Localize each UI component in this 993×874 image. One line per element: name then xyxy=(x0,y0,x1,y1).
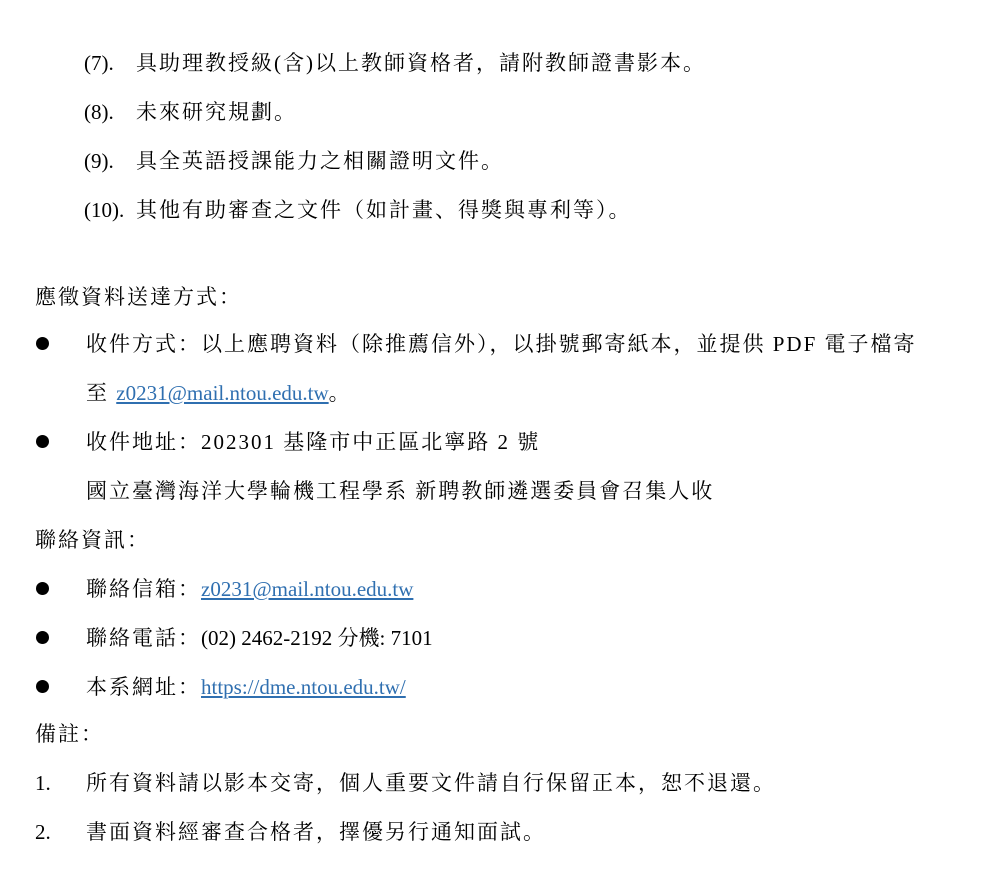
notes-heading: 備註： xyxy=(35,721,104,747)
note-text: 書面資料經審查合格者，擇優另行通知面試。 xyxy=(86,820,546,844)
requirement-item-10: (10).其他有助審查之文件（如計畫、得獎與專利等）。 xyxy=(84,197,632,223)
bullet-icon xyxy=(36,337,49,350)
item-text: 具助理教授級(含)以上教師資格者，請附教師證書影本。 xyxy=(136,51,706,75)
item-text: 未來研究規劃。 xyxy=(136,100,297,124)
item-number: (9). xyxy=(84,148,136,174)
contact-heading: 聯絡資訊： xyxy=(35,527,150,553)
requirement-item-9: (9).具全英語授課能力之相關證明文件。 xyxy=(84,148,504,174)
bullet-icon xyxy=(36,680,49,693)
contact-phone-label: 聯絡電話： xyxy=(86,626,201,650)
bullet-icon xyxy=(36,582,49,595)
note-item-1: 1.所有資料請以影本交寄，個人重要文件請自行保留正本，恕不退還。 xyxy=(35,770,776,796)
contact-website-label: 本系網址： xyxy=(86,675,201,699)
submission-address-line1: 收件地址：202301 基隆市中正區北寧路 2 號 xyxy=(86,429,540,455)
method-prefix: 至 xyxy=(86,381,116,405)
contact-website: 本系網址：https://dme.ntou.edu.tw/ xyxy=(86,674,406,700)
contact-email-link[interactable]: z0231@mail.ntou.edu.tw xyxy=(201,577,413,601)
submission-method-line2: 至 z0231@mail.ntou.edu.tw。 xyxy=(86,380,352,406)
item-number: (7). xyxy=(84,50,136,76)
contact-phone: 聯絡電話：(02) 2462-2192 分機: 7101 xyxy=(86,625,433,651)
item-number: (10). xyxy=(84,197,136,223)
bullet-icon xyxy=(36,435,49,448)
website-link[interactable]: https://dme.ntou.edu.tw/ xyxy=(201,675,406,699)
item-text: 具全英語授課能力之相關證明文件。 xyxy=(136,149,504,173)
bullet-icon xyxy=(36,631,49,644)
item-text: 其他有助審查之文件（如計畫、得獎與專利等）。 xyxy=(136,198,632,222)
contact-email: 聯絡信箱：z0231@mail.ntou.edu.tw xyxy=(86,576,413,602)
requirement-item-8: (8).未來研究規劃。 xyxy=(84,99,297,125)
note-number: 1. xyxy=(35,770,86,796)
note-text: 所有資料請以影本交寄，個人重要文件請自行保留正本，恕不退還。 xyxy=(86,771,776,795)
submission-heading: 應徵資料送達方式： xyxy=(35,284,242,310)
submission-address-line2: 國立臺灣海洋大學輪機工程學系 新聘教師遴選委員會召集人收 xyxy=(86,478,714,504)
item-number: (8). xyxy=(84,99,136,125)
submission-method-line1: 收件方式：以上應聘資料（除推薦信外），以掛號郵寄紙本，並提供 PDF 電子檔寄 xyxy=(86,331,917,357)
note-number: 2. xyxy=(35,819,86,845)
requirement-item-7: (7).具助理教授級(含)以上教師資格者，請附教師證書影本。 xyxy=(84,50,706,76)
contact-phone-value: (02) 2462-2192 分機: 7101 xyxy=(201,626,433,650)
note-item-2: 2.書面資料經審查合格者，擇優另行通知面試。 xyxy=(35,819,546,845)
contact-email-label: 聯絡信箱： xyxy=(86,577,201,601)
method-suffix: 。 xyxy=(329,381,352,405)
submission-email-link[interactable]: z0231@mail.ntou.edu.tw xyxy=(116,381,328,405)
